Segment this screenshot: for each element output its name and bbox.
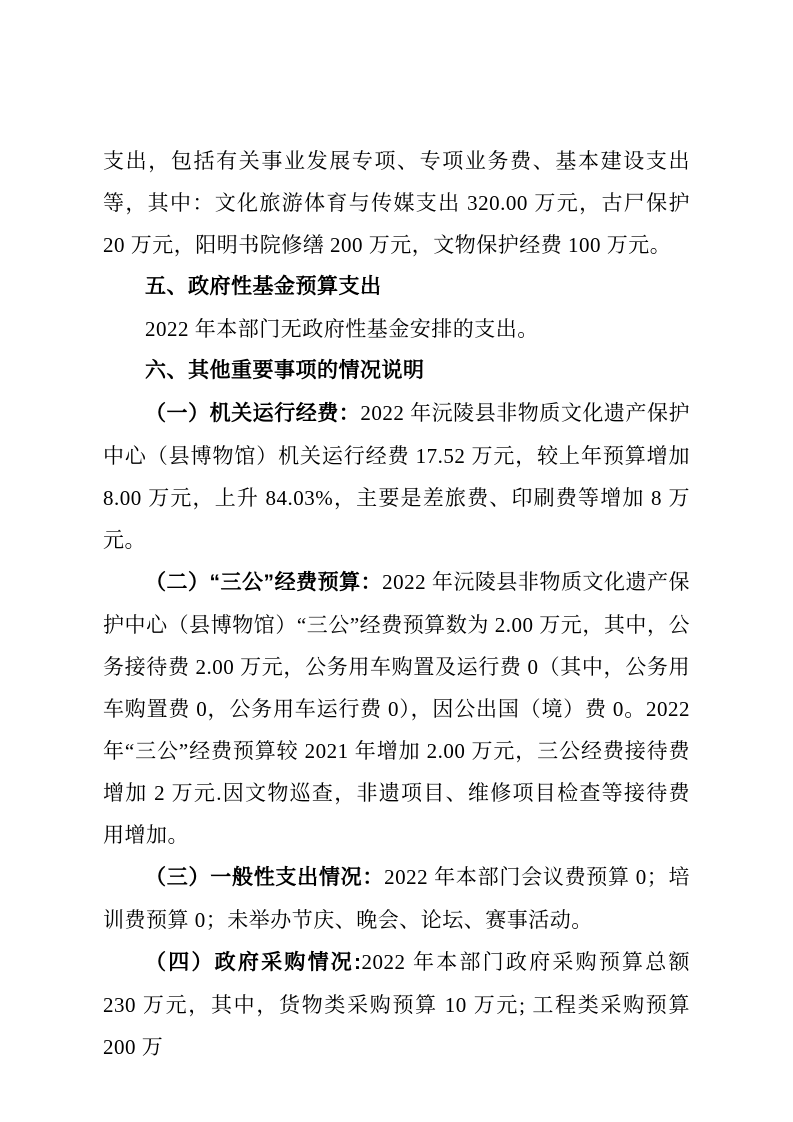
paragraph-item3-general-expenditure: （三）一般性支出情况：2022 年本部门会议费预算 0；培训费预算 0；未举办节… xyxy=(103,856,690,941)
paragraph-item2-three-public-budget: （二）“三公”经费预算：2022 年沅陵县非物质文化遗产保护中心（县博物馆）“三… xyxy=(103,561,690,856)
paragraph-text: 支出，包括有关事业发展专项、专项业务费、基本建设支出等，其中：文化旅游体育与传媒… xyxy=(103,149,690,257)
paragraph-item1-operating-costs: （一）机关运行经费：2022 年沅陵县非物质文化遗产保护中心（县博物馆）机关运行… xyxy=(103,392,690,561)
paragraph-lead: （二）“三公”经费预算： xyxy=(145,571,382,594)
paragraph-item4-government-procurement: （四）政府采购情况:2022 年本部门政府采购预算总额 230 万元，其中，货物… xyxy=(103,941,690,1068)
heading-text: 五、政府性基金预算支出 xyxy=(145,275,382,298)
paragraph-text: 2022 年沅陵县非物质文化遗产保护中心（县博物馆）“三公”经费预算数为 2.0… xyxy=(103,570,690,847)
paragraph-lead: （三）一般性支出情况： xyxy=(145,866,384,889)
document-body: 支出，包括有关事业发展专项、专项业务费、基本建设支出等，其中：文化旅游体育与传媒… xyxy=(103,140,690,1068)
heading-text: 六、其他重要事项的情况说明 xyxy=(145,359,425,382)
section-heading-6: 六、其他重要事项的情况说明 xyxy=(103,350,690,392)
section-heading-5: 五、政府性基金预算支出 xyxy=(103,266,690,308)
paragraph-lead: （一）机关运行经费： xyxy=(145,402,360,425)
paragraph-lead: （四）政府采购情况: xyxy=(145,951,362,974)
paragraph-expenditure-continuation: 支出，包括有关事业发展专项、专项业务费、基本建设支出等，其中：文化旅游体育与传媒… xyxy=(103,140,690,266)
document-page: 支出，包括有关事业发展专项、专项业务费、基本建设支出等，其中：文化旅游体育与传媒… xyxy=(0,0,793,1122)
paragraph-section5-body: 2022 年本部门无政府性基金安排的支出。 xyxy=(103,308,690,350)
paragraph-text: 2022 年本部门无政府性基金安排的支出。 xyxy=(145,317,539,341)
